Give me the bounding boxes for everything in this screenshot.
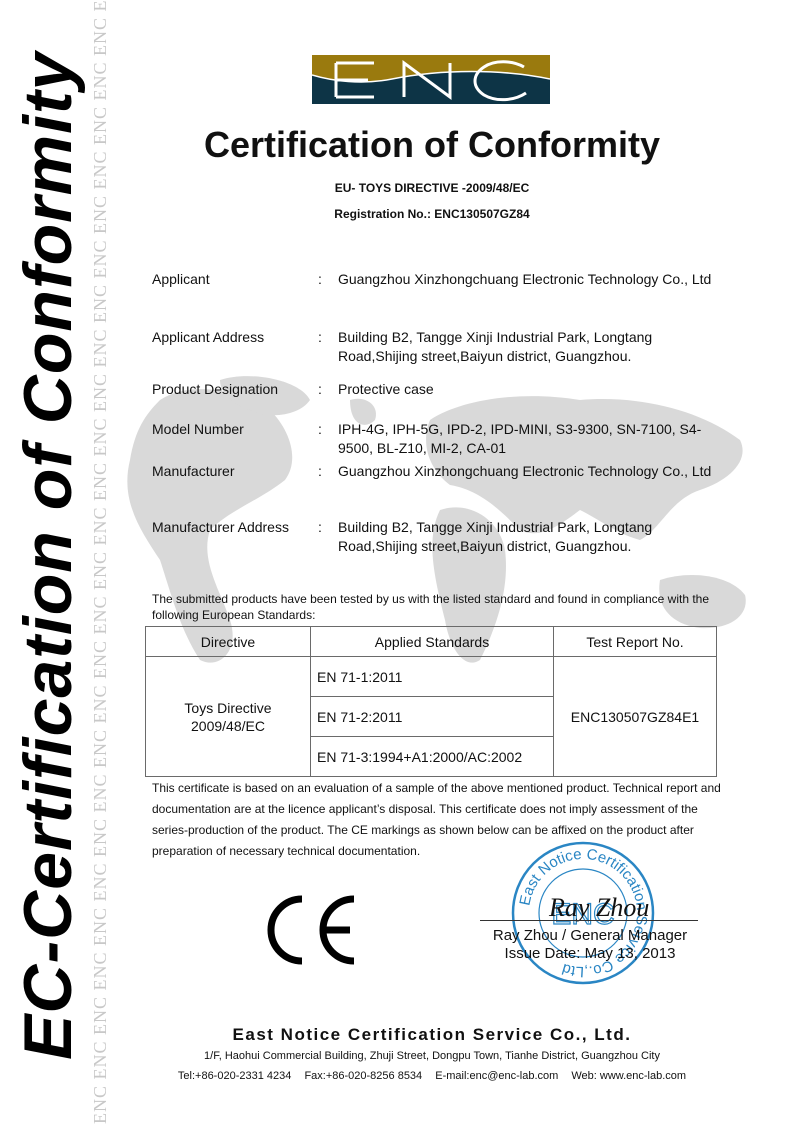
- table-header-row: Directive Applied Standards Test Report …: [146, 627, 717, 657]
- header-directive: Directive: [146, 627, 311, 657]
- field-label: Product Designation: [152, 380, 318, 399]
- field-colon: :: [318, 380, 338, 399]
- table-row: Toys Directive 2009/48/EC EN 71-1:2011 E…: [146, 657, 717, 697]
- field-colon: :: [318, 462, 338, 481]
- field-value: Guangzhou Xinzhongchuang Electronic Tech…: [338, 462, 732, 481]
- header-applied-standards: Applied Standards: [311, 627, 554, 657]
- signature-line: [480, 920, 698, 921]
- field-applicant: Applicant : Guangzhou Xinzhongchuang Ele…: [152, 270, 732, 289]
- field-label: Manufacturer: [152, 462, 318, 481]
- field-manufacturer-address: Manufacturer Address : Building B2, Tang…: [152, 518, 732, 556]
- standard-cell: EN 71-1:2011: [311, 657, 554, 697]
- handwritten-signature: Ray Zhou: [545, 888, 695, 924]
- field-label: Applicant: [152, 270, 318, 289]
- svg-text:Ray Zhou: Ray Zhou: [548, 893, 649, 922]
- standard-cell: EN 71-2:2011: [311, 697, 554, 737]
- field-manufacturer: Manufacturer : Guangzhou Xinzhongchuang …: [152, 462, 732, 481]
- issuer-website[interactable]: Web: www.enc-lab.com: [571, 1070, 686, 1082]
- issuer-address: 1/F, Haohui Commercial Building, Zhuji S…: [0, 1050, 794, 1062]
- field-colon: :: [318, 328, 338, 366]
- registration-number: Registration No.: ENC130507GZ84: [0, 207, 794, 221]
- standards-table: Directive Applied Standards Test Report …: [145, 626, 717, 777]
- directive-name: Toys Directive 2009/48/EC: [173, 699, 283, 735]
- directive-cell: Toys Directive 2009/48/EC: [146, 657, 311, 777]
- field-label: Manufacturer Address: [152, 518, 318, 556]
- field-value: Building B2, Tangge Xinji Industrial Par…: [338, 518, 732, 556]
- directive-subtitle: EU- TOYS DIRECTIVE -2009/48/EC: [0, 181, 794, 195]
- issuer-tel: Tel:+86-020-2331 4234: [178, 1070, 291, 1082]
- side-vertical-title: EC-Certification of Conformity: [14, 52, 82, 1060]
- issue-date: Issue Date: May 13, 2013: [470, 945, 710, 963]
- field-value: Protective case: [338, 380, 732, 399]
- field-colon: :: [318, 270, 338, 289]
- enc-logo: [312, 55, 550, 104]
- field-product-designation: Product Designation : Protective case: [152, 380, 732, 399]
- issuer-email[interactable]: E-mail:enc@enc-lab.com: [435, 1070, 558, 1082]
- field-model-number: Model Number : IPH-4G, IPH-5G, IPD-2, IP…: [152, 420, 732, 458]
- field-value: Guangzhou Xinzhongchuang Electronic Tech…: [338, 270, 732, 289]
- field-colon: :: [318, 420, 338, 458]
- issuer-fax: Fax:+86-020-8256 8534: [304, 1070, 422, 1082]
- header-test-report: Test Report No.: [554, 627, 717, 657]
- signer-name: Ray Zhou / General Manager: [470, 927, 710, 945]
- field-value: IPH-4G, IPH-5G, IPD-2, IPD-MINI, S3-9300…: [338, 420, 732, 458]
- field-label: Applicant Address: [152, 328, 318, 366]
- field-value: Building B2, Tangge Xinji Industrial Par…: [338, 328, 732, 366]
- compliance-intro: The submitted products have been tested …: [152, 591, 722, 623]
- standard-cell: EN 71-3:1994+A1:2000/AC:2002: [311, 737, 554, 777]
- field-colon: :: [318, 518, 338, 556]
- issuer-company-name: East Notice Certification Service Co., L…: [0, 1025, 794, 1045]
- ce-mark-icon: [258, 895, 358, 965]
- page-title: Certification of Conformity: [0, 124, 794, 166]
- issuer-contacts: Tel:+86-020-2331 4234 Fax:+86-020-8256 8…: [0, 1070, 794, 1082]
- report-number-cell: ENC130507GZ84E1: [554, 657, 717, 777]
- field-applicant-address: Applicant Address : Building B2, Tangge …: [152, 328, 732, 366]
- field-label: Model Number: [152, 420, 318, 458]
